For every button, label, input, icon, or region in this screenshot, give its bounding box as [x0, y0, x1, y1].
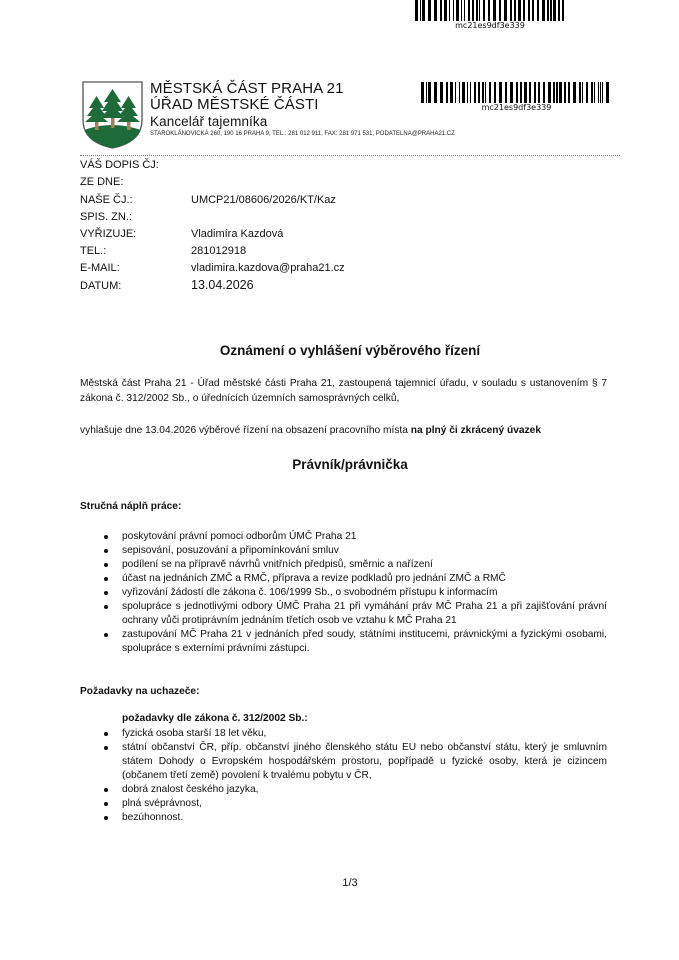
header-barcode-label: mc21es9df3e339	[421, 103, 612, 112]
list-item: zastupování MČ Praha 21 v jednáních před…	[80, 628, 607, 656]
meta-label-email: E-MAIL:	[80, 262, 120, 274]
requirements-heading: Požadavky na uchazeče:	[80, 686, 199, 697]
meta-label-file-no: SPIS. ZN.:	[80, 211, 132, 223]
list-item: státní občanství ČR, příp. občanství jin…	[80, 741, 607, 783]
meta-label-our-ref: NAŠE ČJ.:	[80, 194, 133, 206]
list-item: plná svéprávnost,	[80, 797, 607, 811]
meta-label-date: DATUM:	[80, 280, 121, 292]
page-number: 1/3	[80, 877, 620, 889]
list-item: dobrá znalost českého jazyka,	[80, 783, 607, 797]
requirements-subheading: požadavky dle zákona č. 312/2002 Sb.:	[122, 713, 308, 724]
org-name-line1: MĚSTSKÁ ČÁST PRAHA 21	[150, 81, 344, 97]
list-item: podílení se na přípravě návrhů vnitřních…	[80, 558, 607, 572]
position-title: Právník/právnička	[80, 457, 620, 472]
announcement-workload: na plný či zkrácený úvazek	[411, 425, 541, 436]
list-item: fyzická osoba starší 18 let věku,	[80, 727, 607, 741]
header-divider	[80, 155, 620, 156]
announcement-paragraph: vyhlašuje dne 13.04.2026 výběrové řízení…	[80, 423, 607, 438]
requirements-list: fyzická osoba starší 18 let věku, státní…	[80, 727, 607, 825]
org-address: STAROKLÁNOVICKÁ 260, 190 16 PRAHA 9, TEL…	[150, 131, 455, 137]
meta-label-your-ref: VÁŠ DOPIS ČJ:	[80, 159, 159, 171]
announcement-text: vyhlašuje dne 13.04.2026 výběrové řízení…	[80, 425, 411, 436]
list-item: sepisování, posuzování a připomínkování …	[80, 544, 607, 558]
meta-label-handled-by: VYŘIZUJE:	[80, 228, 136, 240]
meta-value-handled-by: Vladimíra Kazdová	[191, 228, 283, 240]
top-barcode-label: mc21es9df3e339	[415, 21, 565, 30]
meta-label-date-of-letter: ZE DNE:	[80, 176, 123, 188]
list-item: poskytování právní pomoci odborům ÚMČ Pr…	[80, 530, 607, 544]
meta-value-email[interactable]: vladimira.kazdova@praha21.cz	[191, 262, 345, 274]
department-name: Kancelář tajemníka	[150, 114, 267, 130]
meta-value-our-ref: UMCP21/08606/2026/KT/Kaz	[191, 194, 336, 206]
notice-title: Oznámení o vyhlášení výběrového řízení	[80, 343, 620, 358]
meta-value-date: 13.04.2026	[191, 278, 254, 292]
org-name-line2: ÚŘAD MĚSTSKÉ ČÁSTI	[150, 97, 319, 113]
duties-heading: Stručná náplň práce:	[80, 501, 181, 512]
header-barcode	[421, 82, 612, 103]
list-item: účast na jednáních ZMČ a RMČ, příprava a…	[80, 572, 607, 586]
top-barcode	[415, 0, 565, 21]
meta-value-phone: 281012918	[191, 245, 246, 257]
list-item: bezúhonnost.	[80, 811, 607, 825]
list-item: vyřizování žádostí dle zákona č. 106/199…	[80, 586, 607, 600]
duties-list: poskytování právní pomoci odborům ÚMČ Pr…	[80, 530, 607, 656]
intro-paragraph: Městská část Praha 21 - Úřad městské čás…	[80, 376, 607, 406]
list-item: spolupráce s jednotlivými odbory ÚMČ Pra…	[80, 600, 607, 628]
meta-label-phone: TEL.:	[80, 245, 106, 257]
municipal-crest-logo	[81, 80, 144, 150]
